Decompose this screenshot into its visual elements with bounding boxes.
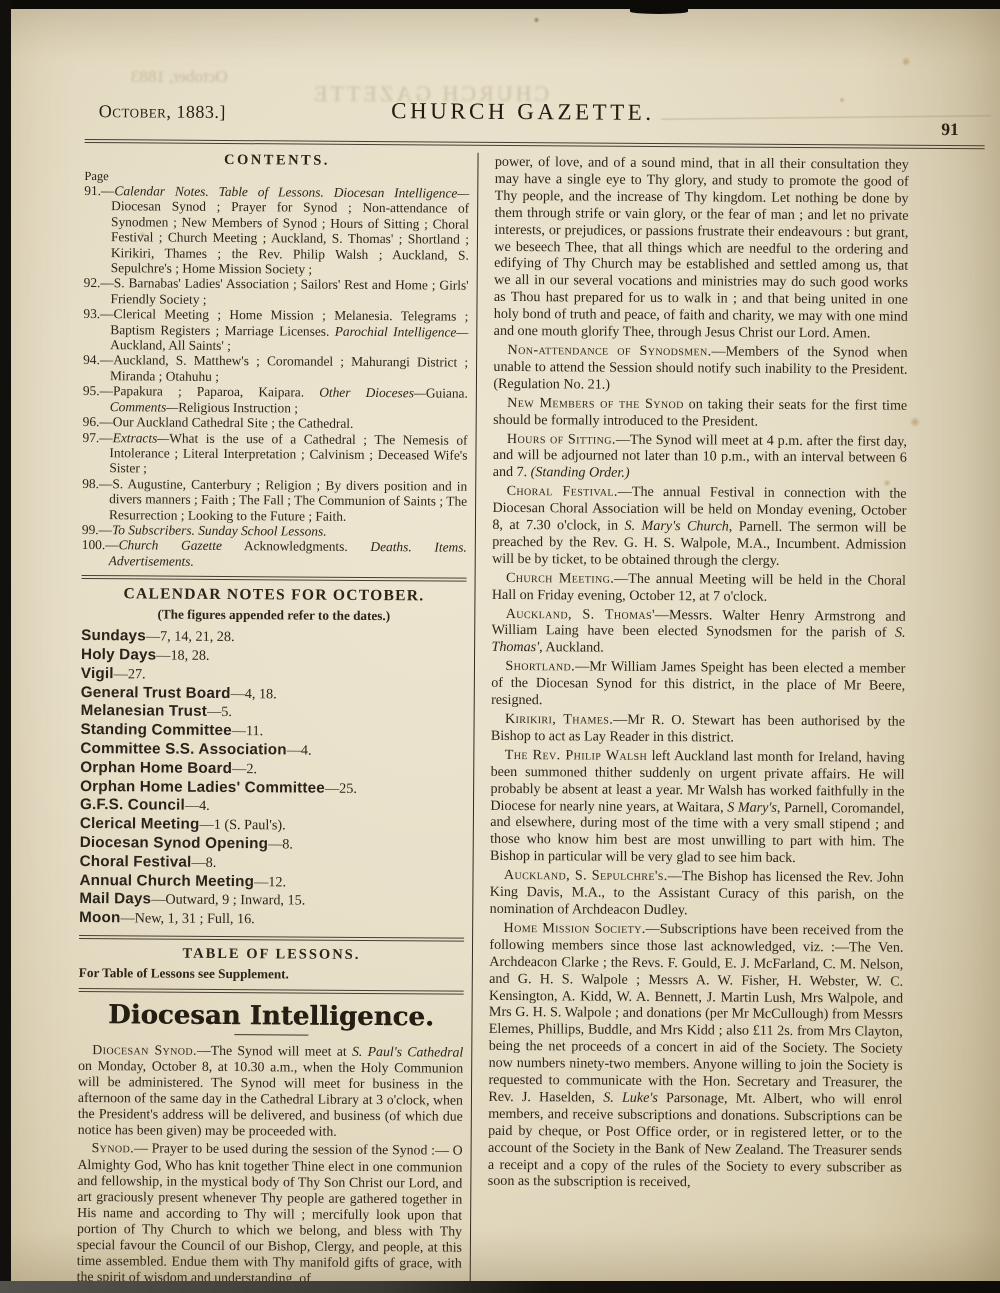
body-text: Auckland, S. Matthew's ; Coromandel ; Ma…: [110, 353, 468, 384]
paragraph-lead: New Members of the Synod: [507, 395, 684, 412]
contents-page-number: 98.—: [82, 476, 112, 491]
italic-text: (Standing Order.): [531, 464, 630, 481]
body-text: Religious Instruction ;: [178, 399, 298, 415]
contents-page-number: 96.—: [83, 414, 113, 429]
paragraph: Choral Festival.—The annual Festival in …: [492, 483, 907, 570]
calendar-entry-dates: —2.: [232, 761, 257, 777]
contents-list: 91.—Calendar Notes. Table of Lessons. Di…: [82, 183, 470, 571]
paragraph: The Rev. Philip Walsh left Auckland last…: [490, 747, 905, 868]
heading-underline: [234, 1034, 308, 1037]
left-column: CONTENTS. Page 91.—Calendar Notes. Table…: [77, 150, 470, 1290]
italic-text: Comments—: [110, 399, 179, 414]
paragraph: Hours of Sitting.—The Synod will meet at…: [493, 430, 907, 484]
calendar-list: Sundays—7, 14, 21, 28.Holy Days—18, 28.V…: [79, 627, 466, 930]
right-paragraphs: power, of love, and of a sound mind, tha…: [488, 154, 909, 1193]
calendar-entry-name: Standing Committee: [80, 721, 231, 739]
calendar-entry-name: G.F.S. Council: [80, 796, 185, 814]
body-text: power, of love, and of a sound mind, tha…: [494, 154, 909, 342]
right-column: power, of love, and of a sound mind, tha…: [487, 153, 909, 1293]
lessons-heading: TABLE OF LESSONS.: [79, 945, 464, 965]
calendar-entry-name: Moon: [79, 909, 120, 926]
paragraph-lead: Kirikiri, Thames.: [505, 711, 613, 728]
paragraph-lead: Auckland, S. Thomas': [506, 606, 655, 623]
italic-text: S. Mary's Church: [625, 518, 729, 535]
calendar-entry-dates: —12.: [254, 874, 286, 890]
section-rule: [82, 575, 467, 582]
paragraph: power, of love, and of a sound mind, tha…: [494, 154, 909, 343]
paragraph-lead: Shortland.: [505, 658, 575, 674]
contents-page-number: 91.—: [84, 183, 114, 198]
paragraph: Diocesan Synod.—The Synod will meet at S…: [78, 1042, 464, 1141]
calendar-entry-dates: —4.: [287, 742, 312, 758]
contents-item: 95.—Papakura ; Paparoa, Kaipara. Other D…: [83, 383, 468, 416]
calendar-entry-name: Holy Days: [81, 646, 156, 664]
foxing-spot: [533, 17, 540, 23]
calendar-entry-name: Choral Festival: [80, 853, 192, 871]
calendar-entry-name: Mail Days: [79, 890, 151, 908]
body-text: S. Augustine, Canterbury ; Religion ; By…: [109, 476, 467, 523]
body-text: , Auckland.: [539, 640, 604, 656]
scan-edge-left: [0, 0, 11, 1293]
calendar-entry: Moon—New, 1, 31 ; Full, 16.: [79, 909, 464, 930]
paragraph: Church Meeting.—The annual Meeting will …: [492, 570, 906, 607]
calendar-entry-name: Annual Church Meeting: [79, 871, 254, 889]
body-text: Acknowledgments.: [222, 538, 371, 554]
contents-page-number: 100.—: [82, 537, 119, 552]
contents-item: 100.—Church Gazette Acknowledgments. Dea…: [82, 537, 467, 570]
calendar-entry-dates: —8.: [268, 836, 293, 852]
contents-item: 91.—Calendar Notes. Table of Lessons. Di…: [84, 183, 470, 278]
paragraph-lead: Choral Festival.: [507, 483, 618, 500]
calendar-entry-dates: —18, 28.: [156, 647, 209, 663]
column-divider: [470, 153, 479, 1290]
calendar-entry-name: Sundays: [81, 627, 146, 644]
diocesan-intelligence-heading: Diocesan Intelligence.: [78, 1000, 463, 1033]
paragraph-lead: The Rev. Philip Walsh: [505, 747, 648, 764]
body-text: Papakura ; Paparoa, Kaipara.: [113, 383, 319, 399]
calendar-entry-dates: —4, 18.: [231, 686, 277, 702]
paragraph-lead: Diocesan Synod.: [92, 1042, 197, 1058]
foxing-spot: [901, 57, 911, 66]
calendar-entry-dates: —27.: [114, 666, 146, 682]
italic-text: Parochial Intelligence—: [335, 323, 469, 339]
italic-text: S Mary's: [727, 799, 777, 815]
body-text: — Prayer to be used during the session o…: [77, 1141, 463, 1286]
body-text: Our Auckland Cathedral Site ; the Cathed…: [113, 414, 354, 431]
calendar-entry-name: Clerical Meeting: [80, 815, 200, 833]
calendar-entry-dates: —7, 14, 21, 28.: [146, 629, 235, 646]
paragraph: Auckland, S. Sepulchre's.—The Bishop has…: [490, 867, 904, 921]
italic-text: Extracts—: [113, 430, 170, 445]
contents-item: 92.—S. Barnabas' Ladies' Association ; S…: [83, 275, 468, 308]
section-rule: [79, 988, 464, 995]
body-text: Auckland, All Saints' ;: [110, 337, 231, 353]
contents-heading: CONTENTS.: [84, 151, 469, 171]
paragraph: Auckland, S. Thomas'—Messrs. Walter Henr…: [491, 605, 905, 659]
paragraph: Kirikiri, Thames.—Mr R. O. Stewart has b…: [491, 711, 905, 748]
section-rule: [79, 935, 464, 942]
italic-text: To Subscribers. Sunday School Lessons.: [112, 522, 327, 538]
calendar-entry-name: Diocesan Synod Opening: [80, 834, 268, 852]
contents-page-number: 99.—: [82, 522, 112, 537]
scan-edge-bottom: [0, 1281, 1000, 1293]
lessons-note: For Table of Lessons see Supplement.: [79, 965, 464, 984]
calendar-subheading: (The figures appended refer to the dates…: [81, 606, 466, 625]
paragraph-lead: Auckland, S. Sepulchre's.: [504, 867, 668, 884]
bleedthrough-date: October, 1883: [131, 67, 228, 87]
body-text: —The Synod will meet at: [197, 1043, 352, 1059]
two-column-layout: CONTENTS. Page 91.—Calendar Notes. Table…: [77, 150, 985, 1293]
contents-page-number: 92.—: [84, 275, 114, 290]
calendar-entry-dates: —New, 1, 31 ; Full, 16.: [120, 910, 254, 927]
calendar-entry: Holy Days—18, 28.: [81, 646, 466, 667]
calendar-entry-name: General Trust Board: [81, 684, 231, 702]
newspaper-page: CHURCH GAZETTE October, 1883 October, 18…: [11, 9, 1000, 1281]
page-title: CHURCH GAZETTE.: [85, 96, 961, 128]
calendar-entry-name: Melanesian Trust: [81, 702, 208, 720]
calendar-entry-name: Orphan Home Board: [80, 759, 232, 777]
contents-item: 98.—S. Augustine, Canterbury ; Religion …: [82, 476, 467, 525]
calendar-entry-dates: —Outward, 9 ; Inward, 15.: [151, 892, 305, 909]
body-text: on Monday, October 8, at 10.30 a.m., whe…: [78, 1058, 464, 1139]
scan-edge-top: [0, 0, 1000, 9]
contents-page-number: 93.—: [83, 306, 113, 321]
italic-text: S. Luke's: [603, 1090, 658, 1106]
calendar-entry-dates: —8.: [191, 854, 216, 870]
calendar-entry-name: Orphan Home Ladies' Committee: [80, 778, 325, 797]
contents-item: 97.—Extracts—What is the use of a Cathed…: [82, 429, 467, 478]
body-text: —Subscriptions have been received from t…: [488, 921, 903, 1106]
calendar-entry-dates: —4.: [185, 798, 210, 814]
contents-item: 94.—Auckland, S. Matthew's ; Coromandel …: [83, 352, 468, 385]
calendar-heading: CALENDAR NOTES FOR OCTOBER.: [81, 585, 466, 606]
paragraph: Shortland.—Mr William James Speight has …: [491, 658, 905, 712]
masthead: October, 1883.] CHURCH GAZETTE. 91: [85, 89, 985, 145]
page-content: October, 1883.] CHURCH GAZETTE. 91 CONTE…: [77, 89, 985, 1293]
paragraph: Home Mission Society.—Subscriptions have…: [488, 920, 904, 1193]
paragraph-lead: Non-attendance of Synodsmen.: [508, 342, 712, 359]
italic-text: Other Dioceses—: [319, 385, 426, 401]
calendar-entry-dates: —25.: [325, 780, 357, 796]
paragraph-lead: Home Mission Society.: [503, 920, 645, 937]
paragraph-lead: Hours of Sitting.: [507, 430, 616, 447]
contents-item: 93.—Clerical Meeting ; Home Mission ; Me…: [83, 306, 468, 355]
paragraph: New Members of the Synod on taking their…: [493, 395, 907, 432]
body-text: S. Barnabas' Ladies' Association ; Sailo…: [110, 276, 468, 307]
paragraph: Synod.— Prayer to be used during the ses…: [77, 1140, 463, 1288]
paragraph-lead: Synod.: [92, 1141, 135, 1156]
contents-page-number: 97.—: [83, 429, 113, 444]
contents-page-number: 95.—: [83, 383, 113, 398]
paragraph: Non-attendance of Synodsmen.—Members of …: [493, 342, 907, 396]
calendar-entry-name: Committee S.S. Association: [80, 740, 286, 758]
page-number: 91: [941, 119, 959, 140]
body-text: Guiana.: [426, 386, 468, 401]
italic-text: S. Paul's Cathedral: [352, 1044, 463, 1060]
calendar-entry-dates: —1 (S. Paul's).: [199, 817, 285, 834]
contents-page-number: 94.—: [83, 352, 113, 367]
paragraph-lead: Church Meeting.: [506, 570, 614, 587]
italic-text: Church Gazette: [119, 538, 222, 554]
calendar-entry-dates: —11.: [232, 723, 264, 739]
calendar-entry-dates: —5.: [207, 704, 232, 720]
calendar-entry-name: Vigil: [81, 665, 114, 682]
body-text: Diocesan Synod ; Prayer for Synod ; Non-…: [111, 199, 470, 277]
left-paragraphs: Diocesan Synod.—The Synod will meet at S…: [77, 1042, 464, 1288]
